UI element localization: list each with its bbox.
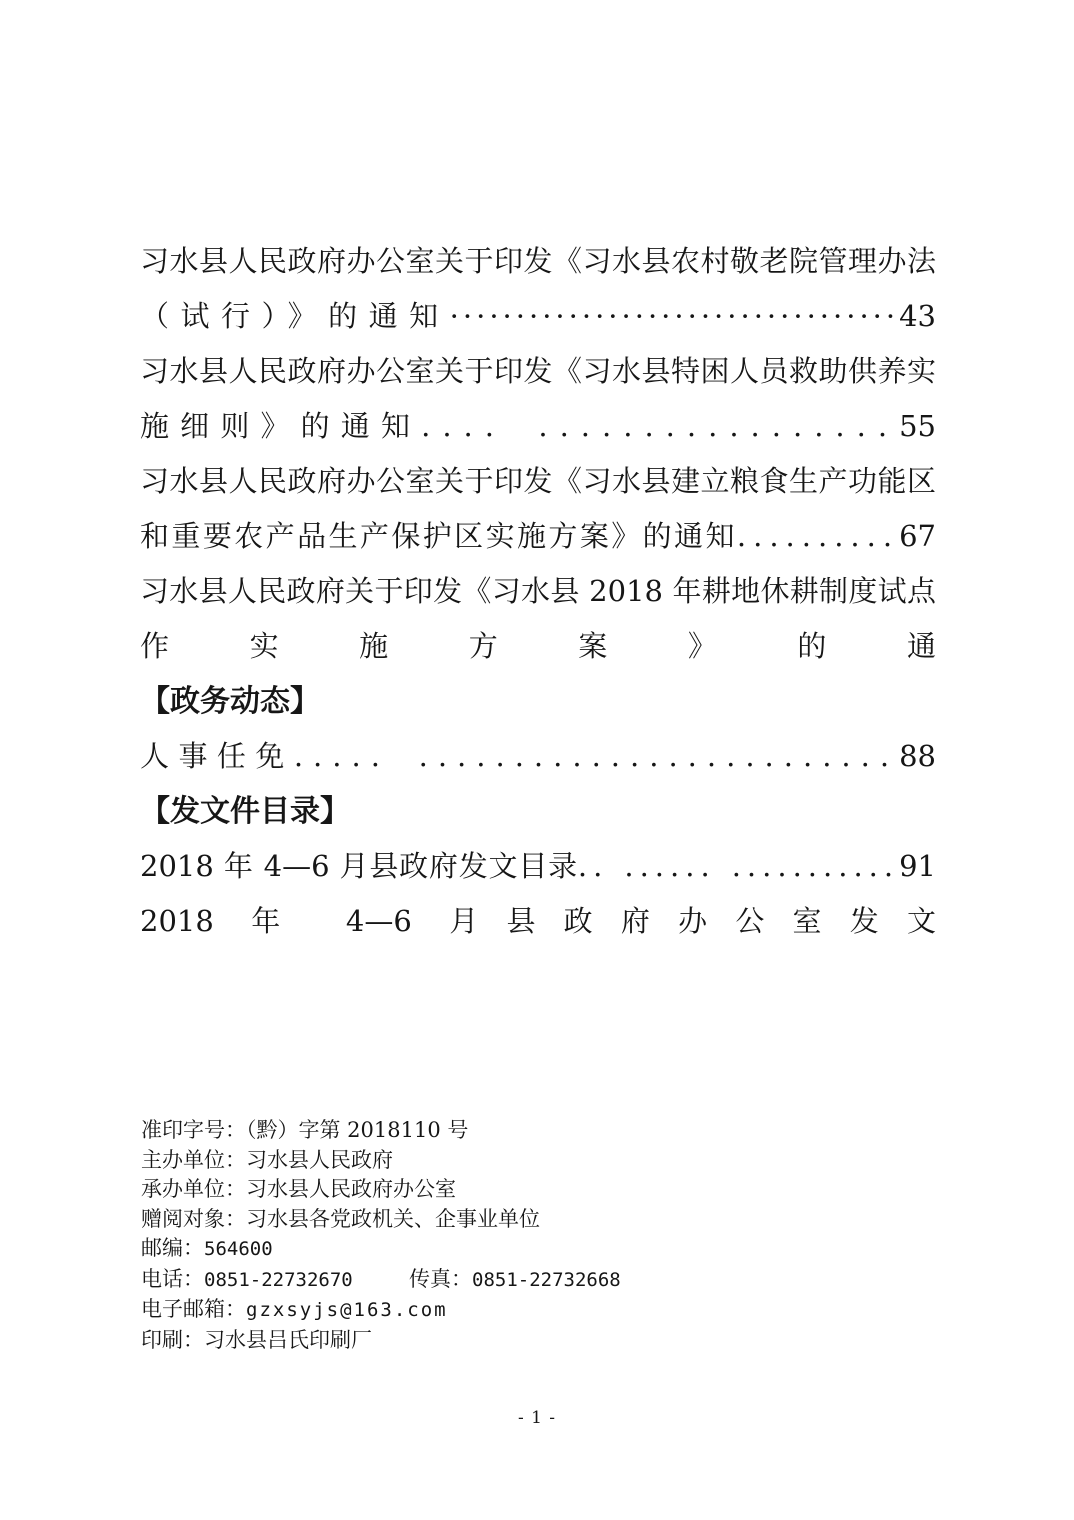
colophon-audience: 赠阅对象：习水县各党政机关、企事业单位 [141,1205,841,1235]
colophon-value: 0851-22732668 [472,1269,621,1291]
toc-entry-title: 2018 年 4—6 月县政府发文目录 [140,849,578,883]
colophon-printer: 印刷：习水县吕氏印刷厂 [141,1326,841,1356]
colophon-label: 赠阅对象： [141,1207,246,1231]
colophon-value: 习水县人民政府 [246,1148,393,1172]
colophon-value: 习水县各党政机关、企事业单位 [246,1207,540,1231]
toc-page-number: 43 [899,299,936,333]
colophon-label: 主办单位： [141,1148,246,1172]
dot-leader: .... ................. [421,409,899,443]
toc-entry-title: 和重要农产品生产保护区实施方案》的通知 [140,519,737,553]
colophon-organizer: 主办单位：习水县人民政府 [141,1146,841,1176]
colophon-value: 习水县吕氏印刷厂 [204,1328,372,1352]
toc-entry-title: 作实施方案》的通知 [140,629,936,674]
section-header-zhengwu-dongtai: 【政务动态】 [140,674,936,729]
colophon-value: （黔）字第 2018110 号 [246,1118,468,1142]
toc-item-renshi-renmian: 人事任免..... .........................88 [140,729,936,784]
section-header-fawenjian-mulu: 【发文件目录】 [140,784,936,839]
colophon-value: gzxsyjs@163.com [246,1299,448,1321]
toc-page-number: 88 [899,739,936,773]
colophon-phone-fax: 电话：0851-22732670传真：0851-22732668 [141,1265,841,1296]
colophon-value: 0851-22732670 [204,1269,353,1291]
toc-item-office-catalog: 2018 年 4—6 月县政府办公室发文目... . .............… [140,894,936,949]
toc-page-number: 67 [899,519,936,553]
colophon: 准印字号：（黔）字第 2018110 号 主办单位：习水县人民政府 承办单位：习… [141,1116,841,1355]
colophon-phone: 电话：0851-22732670 [141,1265,409,1296]
toc-entry-1-line-1: 习水县人民政府办公室关于印发《习水县农村敬老院管理办法 [140,234,936,289]
colophon-value: 564600 [204,1238,273,1260]
toc-item-gov-catalog: 2018 年 4—6 月县政府发文目录.. ...... ...........… [140,839,936,894]
colophon-postcode: 邮编：564600 [141,1234,841,1265]
page-number-footer: - 1 - [0,1405,1074,1431]
colophon-permit-number: 准印字号：（黔）字第 2018110 号 [141,1116,841,1146]
toc-entry-3-line-2: 和重要农产品生产保护区实施方案》的通知..........67 [140,509,936,564]
colophon-label: 印刷： [141,1328,204,1352]
table-of-contents: 习水县人民政府办公室关于印发《习水县农村敬老院管理办法 （试行）》的通知····… [140,234,936,949]
colophon-label: 传真： [409,1267,472,1291]
colophon-label: 邮编： [141,1236,204,1260]
colophon-value: 习水县人民政府办公室 [246,1177,456,1201]
dot-leader: .......... [737,519,899,553]
toc-entry-title: （试行）》的通知 [140,299,450,333]
toc-entry-2-line-2: 施细则》的通知.... .................55 [140,399,936,454]
colophon-label: 电子邮箱： [141,1297,246,1321]
colophon-fax: 传真：0851-22732668 [409,1267,621,1291]
toc-entry-2-line-1: 习水县人民政府办公室关于印发《习水县特困人员救助供养实 [140,344,936,399]
toc-page-number: 55 [899,409,936,443]
toc-entry-title: 人事任免 [140,739,294,773]
toc-entry-title: 2018 年 4—6 月县政府办公室发文目 [140,904,936,949]
toc-page-number: 91 [899,849,936,883]
toc-entry-4-line-1: 习水县人民政府关于印发《习水县 2018 年耕地休耕制度试点工 [140,564,936,619]
colophon-undertaker: 承办单位：习水县人民政府办公室 [141,1175,841,1205]
colophon-label: 承办单位： [141,1177,246,1201]
colophon-label: 电话： [141,1267,204,1291]
dot-leader: .. ...... ........... [578,849,899,883]
toc-entry-1-line-2: （试行）》的通知································… [140,289,936,344]
toc-entry-4-line-2: 作实施方案》的通知................. .............… [140,619,936,674]
dot-leader: ..... ......................... [294,739,899,773]
dot-leader: ·································· [450,299,899,333]
toc-entry-title: 施细则》的通知 [140,409,421,443]
colophon-label: 准印字号： [141,1118,246,1142]
colophon-email: 电子邮箱：gzxsyjs@163.com [141,1295,841,1326]
toc-entry-3-line-1: 习水县人民政府办公室关于印发《习水县建立粮食生产功能区 [140,454,936,509]
